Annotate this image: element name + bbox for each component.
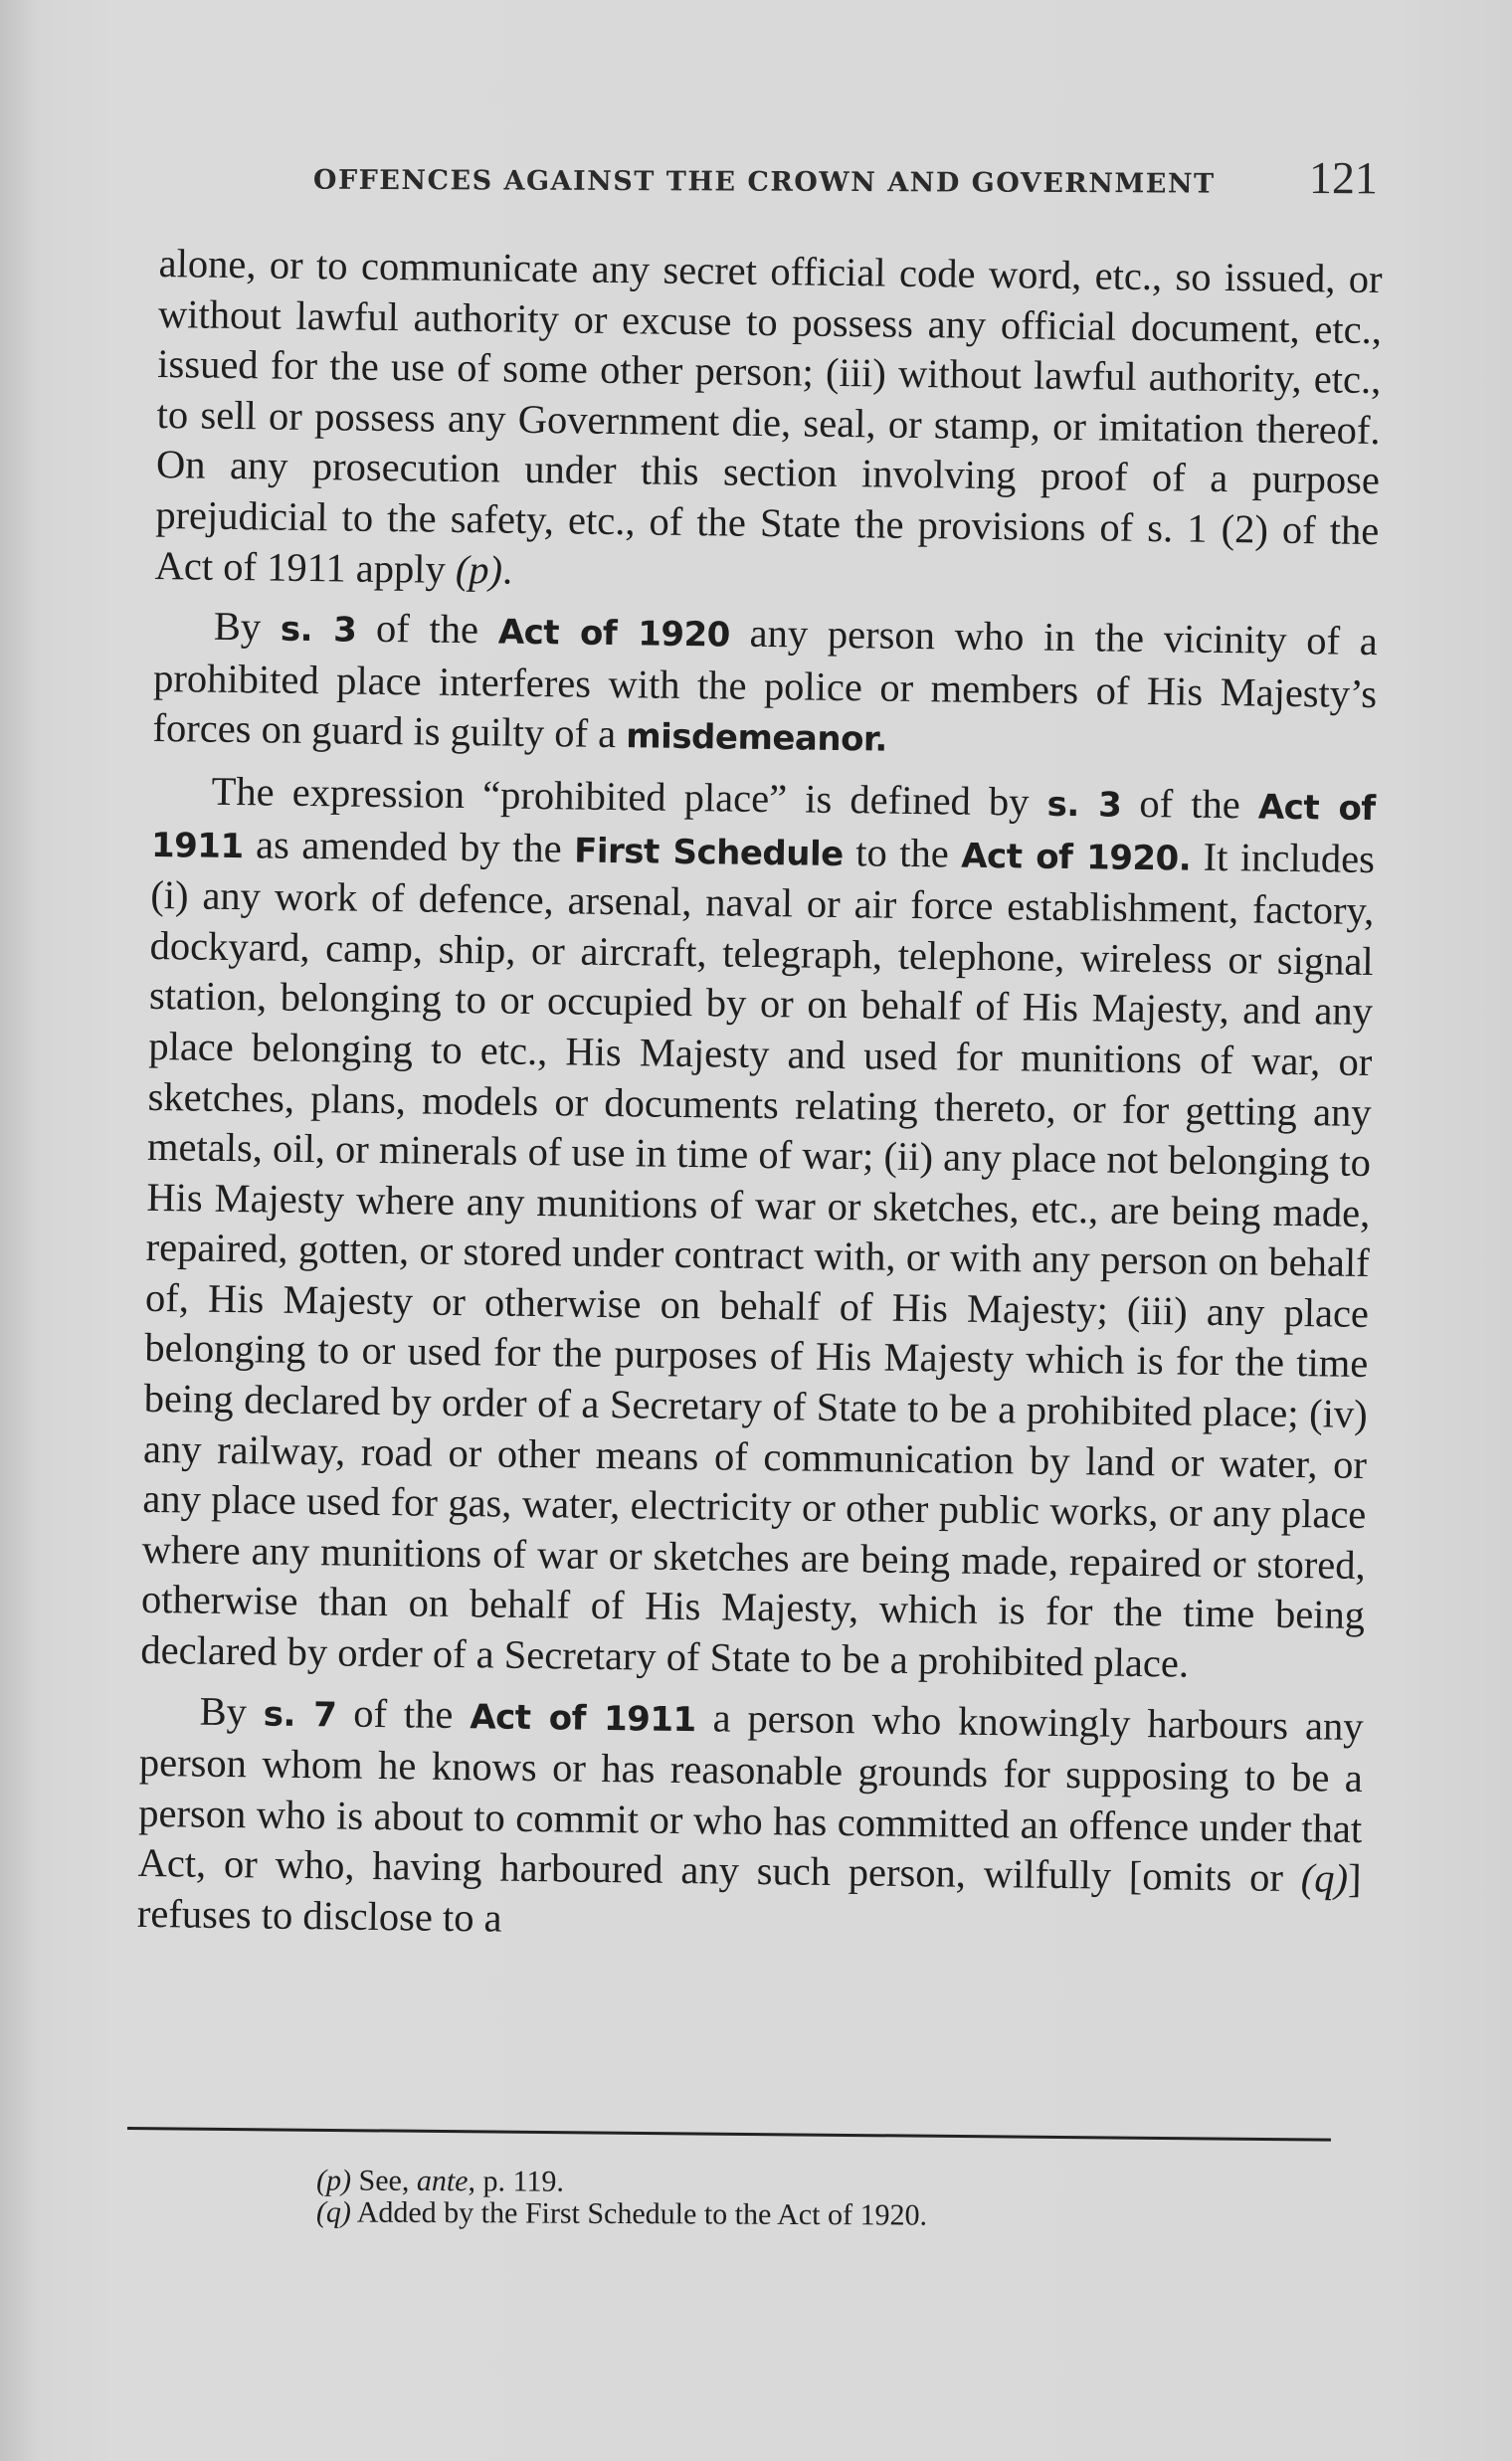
text: of the	[356, 606, 498, 653]
footnote-ref-p: (p)	[456, 546, 503, 592]
bold-act-ref: Act of 1920	[498, 613, 731, 656]
text: as amended by the	[243, 822, 574, 870]
text: It includes (i) any work of defence, ars…	[140, 834, 1375, 1686]
text: The expression “prohibited place” is def…	[211, 769, 1046, 825]
body-text: alone, or to communicate any secret offi…	[136, 239, 1382, 1966]
bold-act-ref: Act of 1911	[470, 1697, 696, 1740]
footnote-mark: (q)	[316, 2195, 351, 2228]
bold-section-ref: s. 3	[1046, 785, 1121, 826]
paragraph-1: alone, or to communicate any secret offi…	[154, 239, 1383, 607]
book-page: OFFENCES AGAINST THE CROWN AND GOVERNMEN…	[0, 0, 1512, 2461]
paragraph-2: By s. 3 of the Act of 1920 any person wh…	[152, 601, 1378, 772]
footnotes: (p) See, ante, p. 119. (q) Added by the …	[316, 2165, 927, 2231]
bold-act-ref: Act of 1920.	[961, 836, 1191, 878]
text: alone, or to communicate any secret offi…	[154, 241, 1382, 591]
paragraph-3: The expression “prohibited place” is def…	[140, 766, 1376, 1692]
footnote-p: (p) See, ante, p. 119.	[316, 2165, 927, 2199]
running-head: OFFENCES AGAINST THE CROWN AND GOVERNMEN…	[313, 147, 1378, 205]
text: By	[214, 604, 282, 650]
footnote-mark: (p)	[316, 2164, 351, 2196]
bold-section-ref: s. 7	[264, 1694, 337, 1735]
text: By	[199, 1688, 264, 1734]
page-number: 121	[1309, 151, 1378, 204]
footnote-ref-q: (q)	[1300, 1856, 1348, 1902]
bold-schedule-ref: First Schedule	[574, 831, 844, 874]
footnote-q: (q) Added by the First Schedule to the A…	[316, 2196, 927, 2231]
bold-term: misdemeanor.	[626, 717, 887, 760]
text: of the	[336, 1690, 471, 1737]
text: .	[502, 547, 513, 592]
text: Added by the First Schedule to the Act o…	[351, 2196, 927, 2232]
text: to the	[843, 830, 961, 876]
text: of the	[1121, 781, 1258, 828]
italic-text: ante	[417, 2165, 469, 2197]
paragraph-4: By s. 7 of the Act of 1911 a person who …	[137, 1686, 1364, 1956]
text: , p. 119.	[468, 2165, 564, 2198]
bold-section-ref: s. 3	[281, 610, 357, 651]
running-title: OFFENCES AGAINST THE CROWN AND GOVERNMEN…	[313, 165, 1216, 200]
text: See,	[351, 2165, 417, 2197]
footnote-divider	[127, 2127, 1331, 2142]
